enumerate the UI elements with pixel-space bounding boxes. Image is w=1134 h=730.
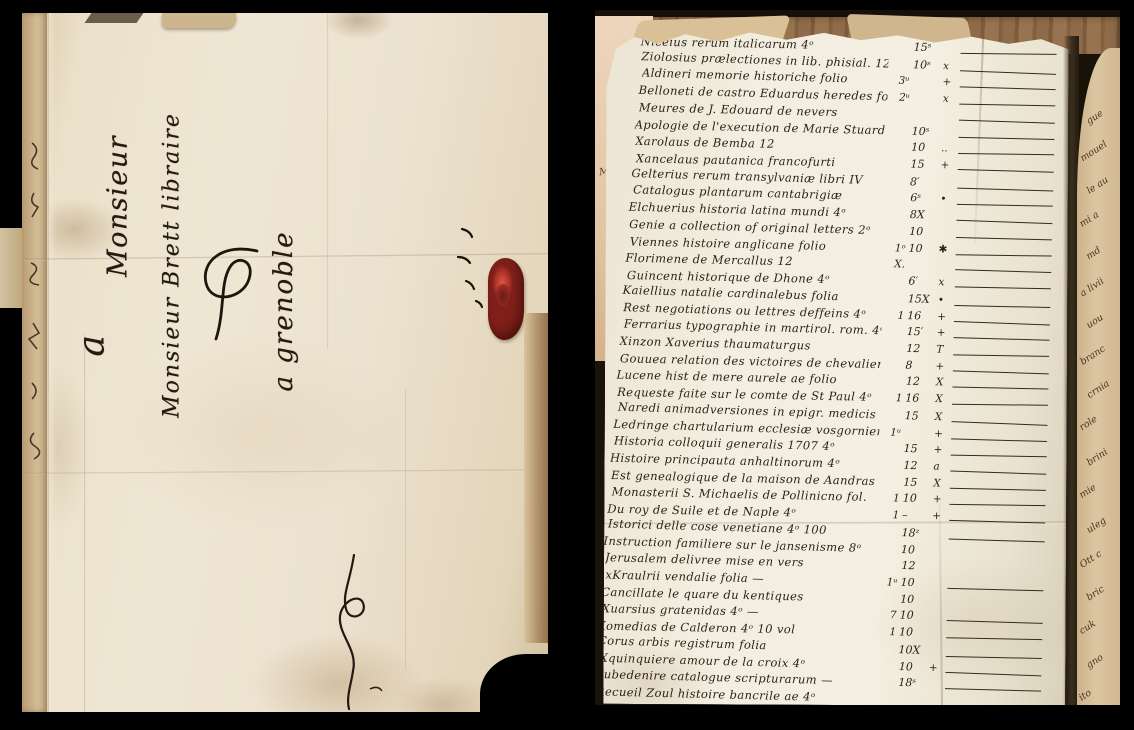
row-p: 8	[906, 358, 936, 372]
row-p: 10	[911, 141, 941, 155]
row-n	[878, 485, 903, 486]
row-p: 10	[900, 609, 930, 623]
row-p: 18ᶻ	[902, 526, 932, 540]
row-p: 16	[907, 309, 937, 323]
row-dash	[949, 538, 1045, 542]
row-p: 10	[903, 492, 933, 506]
facing-page-fragment: a livii	[1078, 276, 1106, 300]
row-n: 1	[878, 492, 903, 505]
photo-corner-cut	[480, 654, 548, 712]
row-n	[888, 67, 913, 68]
row-dash	[946, 656, 1042, 659]
book-page-edges	[524, 313, 548, 643]
row-m: ✱	[939, 243, 954, 255]
row-p: 6′	[908, 275, 938, 289]
row-dash	[945, 688, 1041, 692]
facing-page-fragment: uleg	[1085, 515, 1108, 536]
fold-crease	[22, 469, 548, 475]
row-n: 1ᵘ	[875, 576, 900, 589]
row-p: 6ˢ	[910, 192, 940, 206]
row-n	[885, 184, 910, 185]
row-n: 1ᵘ	[879, 426, 904, 439]
row-m: x	[938, 276, 953, 288]
row-p: 10ˢ	[913, 58, 943, 72]
row-dash	[951, 455, 1047, 458]
fold-crease	[84, 335, 86, 712]
row-dash	[946, 637, 1042, 640]
row-p: 10	[909, 225, 939, 239]
row-m: ..	[941, 143, 956, 155]
row-m: +	[941, 159, 956, 171]
row-m: X	[934, 411, 949, 423]
row-n	[884, 234, 909, 235]
facing-page-fragment: uou	[1084, 312, 1105, 331]
row-n	[882, 301, 907, 302]
row-p: 10	[909, 241, 939, 255]
facing-page-fragment: le au	[1085, 174, 1111, 196]
facing-page-fragment: gno	[1084, 652, 1105, 671]
row-p: 18ˢ	[898, 676, 928, 690]
photo-collage: a Monsieur Monsieur Brett libraire a gre…	[0, 0, 1134, 730]
row-dash	[947, 620, 1043, 624]
row-p: 15	[903, 475, 933, 489]
row-m: •	[940, 193, 955, 205]
letter-photo: a Monsieur Monsieur Brett libraire a gre…	[22, 13, 548, 712]
fold-crease	[405, 390, 407, 670]
facing-page-fragment: mouel	[1078, 139, 1109, 164]
shadow-wedge-top	[84, 13, 143, 23]
address-word-monsieur: Monsieur	[103, 135, 134, 277]
row-m: +	[934, 444, 949, 456]
row-p: 10	[901, 543, 931, 557]
writing-fragments-left-edge	[24, 133, 50, 493]
row-n	[882, 335, 907, 336]
row-dash	[961, 53, 1057, 55]
row-n: 3ᵘ	[888, 75, 913, 88]
row-m: +	[928, 661, 943, 673]
fold-crease	[327, 13, 329, 349]
facing-page-fragment: cuk	[1077, 618, 1097, 637]
row-p: –	[902, 509, 932, 523]
row-n	[878, 468, 903, 469]
row-dash	[957, 187, 1053, 191]
facing-page-fragment: brini	[1085, 447, 1110, 469]
pen-flourish-bottom-icon	[318, 553, 388, 712]
facing-page-fragment: gue	[1084, 108, 1105, 127]
row-dash	[960, 87, 1056, 91]
facing-page-fragment: mi a	[1078, 209, 1101, 230]
signature-flourish-icon	[193, 243, 275, 347]
row-p: 10	[898, 660, 928, 674]
row-dash	[958, 169, 1054, 173]
row-dash	[958, 136, 1054, 139]
row-p: 15	[904, 442, 934, 456]
row-dash	[955, 286, 1051, 289]
row-p	[908, 268, 938, 269]
row-n: 1	[882, 309, 907, 322]
row-dash	[960, 70, 1056, 75]
row-n: 1	[877, 509, 902, 521]
row-m: +	[932, 494, 947, 506]
row-n: 1	[880, 392, 905, 404]
facing-page-fragment: crnia	[1085, 378, 1112, 401]
row-m: X	[933, 477, 948, 489]
row-dash	[950, 470, 1046, 474]
row-dash	[955, 269, 1051, 273]
row-m: x	[942, 93, 957, 105]
row-p: 15	[911, 158, 941, 172]
row-dash	[954, 320, 1050, 325]
address-word-a: a	[72, 334, 113, 357]
row-dash	[947, 588, 1043, 591]
row-p: 10	[900, 592, 930, 606]
row-p	[912, 101, 942, 102]
row-dash	[950, 487, 1046, 490]
row-p: 10	[900, 576, 930, 590]
row-m: X	[935, 377, 950, 389]
row-n: 7	[875, 609, 900, 622]
row-p	[913, 85, 943, 86]
row-dash	[957, 204, 1053, 207]
row-p: 15	[904, 409, 934, 423]
facing-page: guemouelle aumi amda liviiuoubranccrniar…	[1077, 48, 1120, 705]
row-n	[879, 452, 904, 453]
row-dash	[959, 119, 1055, 123]
row-n	[876, 569, 901, 570]
row-n	[886, 150, 911, 151]
row-n	[877, 535, 902, 536]
row-n	[881, 351, 906, 352]
row-m: •	[937, 294, 952, 306]
protruding-page-tab	[0, 228, 22, 308]
row-n	[885, 201, 910, 202]
address-line-recipient: Monsieur Brett libraire	[160, 112, 185, 418]
catalog-page: Niceius rerum italicarum 4ᵒ15ˢZiolosius …	[603, 27, 1069, 705]
row-n: 1ᵒ	[884, 242, 909, 255]
facing-page-fragment: md	[1084, 245, 1103, 262]
row-dash	[952, 421, 1048, 426]
row-p: 12	[903, 459, 933, 473]
row-n	[873, 702, 898, 703]
row-p: 10ˢ	[911, 124, 941, 138]
row-m: a	[933, 460, 948, 472]
facing-page-fragment: role	[1078, 414, 1100, 434]
row-n	[873, 669, 898, 670]
row-m: X	[935, 393, 950, 405]
row-p	[898, 703, 928, 704]
row-dash	[956, 237, 1052, 240]
row-p: 15′	[907, 325, 937, 339]
ink-specks	[452, 223, 492, 313]
row-m: x	[943, 60, 958, 72]
row-dash	[953, 370, 1049, 374]
row-p	[912, 118, 942, 119]
row-dash	[953, 354, 1049, 357]
row-dash	[952, 387, 1048, 390]
row-n	[880, 418, 905, 419]
row-dash	[956, 254, 1052, 256]
row-m: +	[932, 510, 947, 522]
row-m: +	[934, 427, 949, 439]
row-n	[880, 384, 905, 385]
facing-page-fragment: Ott c	[1078, 548, 1104, 570]
row-p: 12	[906, 342, 936, 356]
row-dash	[952, 404, 1048, 406]
row-p: 8X	[909, 208, 939, 222]
row-n	[887, 117, 912, 118]
row-p: 10X	[899, 643, 929, 657]
row-n	[876, 552, 901, 553]
row-p: 10	[899, 625, 929, 639]
row-n	[887, 134, 912, 135]
row-dash	[954, 305, 1050, 308]
row-p: 15X	[907, 292, 937, 306]
row-dash	[945, 671, 1041, 676]
catalog-rows: Niceius rerum italicarum 4ᵒ15ˢZiolosius …	[595, 32, 1061, 705]
row-n	[873, 686, 898, 687]
row-n: 1	[874, 626, 899, 638]
row-p: 8′	[910, 175, 940, 189]
facing-page-fragment: mie	[1077, 482, 1098, 501]
row-dash	[959, 104, 1055, 107]
wax-seal	[488, 258, 524, 340]
row-m: +	[943, 76, 958, 88]
row-m: T	[936, 343, 951, 355]
row-dash	[949, 520, 1045, 524]
row-p	[904, 436, 934, 437]
row-n	[874, 652, 899, 653]
row-m: +	[937, 310, 952, 322]
row-m: +	[936, 360, 951, 372]
row-dash	[950, 504, 1046, 506]
paper-tab-top	[162, 13, 236, 28]
row-m: +	[937, 327, 952, 339]
facing-page-fragment: branc	[1078, 343, 1107, 367]
row-p: 12	[901, 559, 931, 573]
row-n: X.	[883, 258, 908, 271]
row-p: 16	[905, 392, 935, 406]
row-n	[875, 602, 900, 603]
row-dash	[954, 337, 1050, 341]
facing-page-fragment: ito	[1077, 687, 1094, 703]
catalog-photo: Mo- Niceius rerum italicarum 4ᵒ15ˢZiolos…	[595, 10, 1120, 705]
row-n	[881, 368, 906, 369]
row-dash	[951, 438, 1047, 442]
row-p: 15ˢ	[914, 41, 944, 55]
facing-page-fragment: bric	[1085, 584, 1107, 604]
row-dash	[958, 153, 1054, 155]
row-n	[884, 218, 909, 219]
row-p: 12	[905, 375, 935, 389]
row-n: 2ᵘ	[887, 92, 912, 105]
row-dash	[956, 220, 1052, 224]
